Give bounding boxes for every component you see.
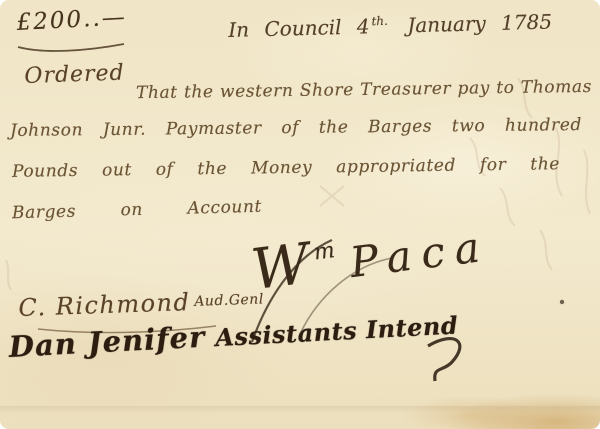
amount-underline-flourish — [18, 44, 124, 51]
amount-annotation: £200..— — [16, 4, 127, 36]
auditor-signature-title: Aud.Genl — [194, 291, 264, 309]
intendant-signature-title: Assistants Intend — [215, 310, 459, 352]
body-line-2: Johnson Junr. Paymaster of the Barges tw… — [10, 117, 582, 140]
paper-crease — [0, 406, 600, 414]
document-photo: £200..— In Council 4th. January 1785 Ord… — [0, 0, 600, 429]
jenifer-terminal-flourish — [428, 339, 460, 381]
paca-signature-dot — [560, 300, 564, 304]
governor-signature-surname: Paca — [347, 221, 492, 287]
heading-place-text: In Council 4 — [228, 14, 370, 42]
governor-signature-superscript: m — [312, 238, 336, 265]
council-date-heading: In Council 4th. January 1785 — [228, 10, 552, 42]
manuscript-paper: £200..— In Council 4th. January 1785 Ord… — [0, 0, 600, 429]
auditor-signature: C. RichmondAud.Genl — [18, 285, 264, 322]
auditor-signature-name: C. Richmond — [18, 288, 191, 322]
intendant-signature-name: Dan Jenifer — [8, 320, 206, 364]
body-line-4: Barges on Account — [12, 199, 262, 223]
body-line-3: Pounds out of the Money appropriated for… — [12, 156, 560, 181]
heading-date-text: January 1785 — [407, 10, 552, 38]
body-line-1: That the western Shore Treasurer pay to … — [136, 79, 592, 102]
ordered-word: Ordered — [24, 61, 125, 89]
heading-ordinal-superscript: th. — [371, 14, 388, 28]
governor-signature: WmPaca — [248, 209, 493, 303]
